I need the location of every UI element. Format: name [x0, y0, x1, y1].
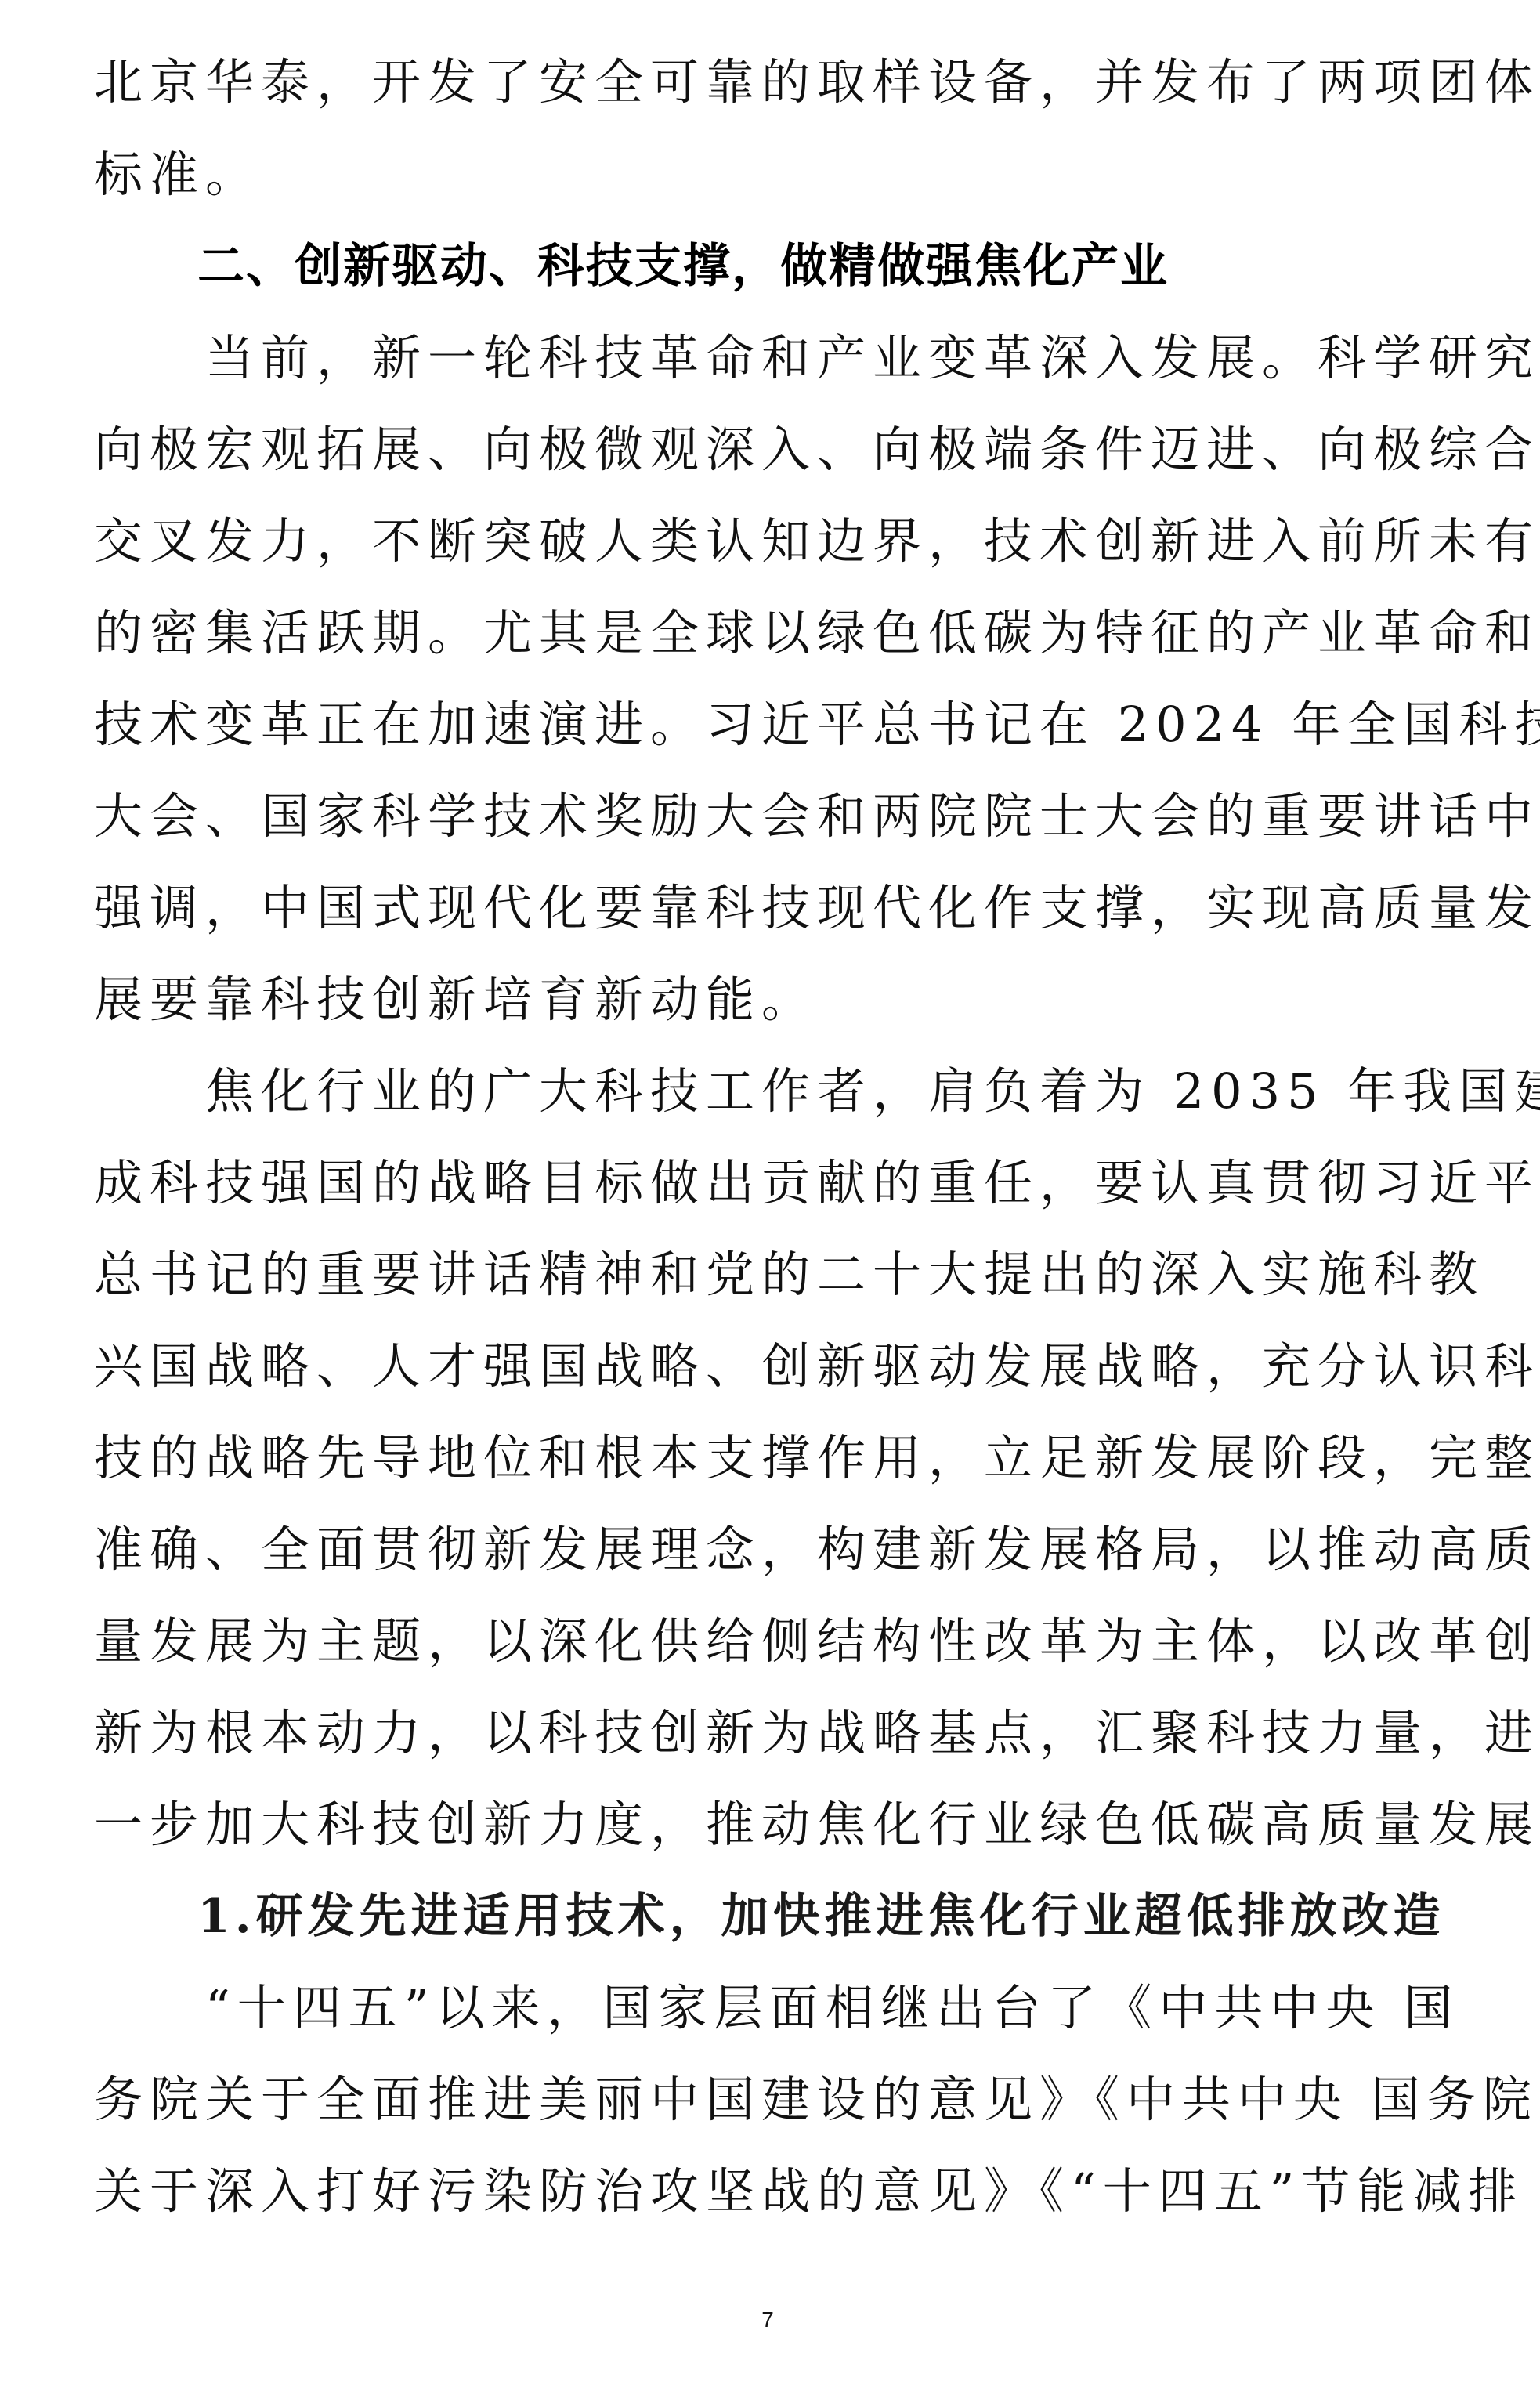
section-heading: 二、创新驱动、科技支撑，做精做强焦化产业 — [197, 235, 1169, 298]
body-line: 量发展为主题，以深化供给侧结构性改革为主体，以改革创 — [94, 1610, 1435, 1673]
body-line: 标准。 — [94, 143, 1435, 206]
body-line: 北京华泰，开发了安全可靠的取样设备，并发布了两项团体 — [94, 51, 1435, 114]
body-line: 当前，新一轮科技革命和产业变革深入发展。科学研究 — [205, 327, 1435, 389]
body-line: 兴国战略、人才强国战略、创新驱动发展战略，充分认识科 — [94, 1335, 1435, 1398]
page-number: 7 — [752, 2307, 783, 2332]
body-line: 务院关于全面推进美丽中国建设的意见》《中共中央 国务院 — [94, 2068, 1435, 2131]
body-line: 准确、全面贯彻新发展理念，构建新发展格局，以推动高质 — [94, 1518, 1435, 1581]
body-line: 向极宏观拓展、向极微观深入、向极端条件迈进、向极综合 — [94, 418, 1435, 481]
body-line: “十四五”以来，国家层面相继出台了《中共中央 国 — [205, 1977, 1435, 2039]
document-page: 北京华泰，开发了安全可靠的取样设备，并发布了两项团体 标准。 二、创新驱动、科技… — [0, 0, 1540, 2392]
body-line: 的密集活跃期。尤其是全球以绿色低碳为特征的产业革命和 — [94, 602, 1435, 664]
body-line: 焦化行业的广大科技工作者，肩负着为 2035 年我国建 — [205, 1060, 1435, 1123]
body-line: 展要靠科技创新培育新动能。 — [94, 968, 1435, 1031]
body-line: 技术变革正在加速演进。习近平总书记在 2024 年全国科技 — [94, 693, 1435, 756]
body-line: 一步加大科技创新力度，推动焦化行业绿色低碳高质量发展。 — [94, 1793, 1435, 1856]
body-line: 大会、国家科学技术奖励大会和两院院士大会的重要讲话中 — [94, 785, 1435, 848]
body-line: 成科技强国的战略目标做出贡献的重任，要认真贯彻习近平 — [94, 1152, 1435, 1214]
body-line: 关于深入打好污染防治攻坚战的意见》《“十四五”节能减排 — [94, 2160, 1435, 2223]
body-line: 强调，中国式现代化要靠科技现代化作支撑，实现高质量发 — [94, 877, 1435, 939]
sub-heading: 1.研发先进适用技术，加快推进焦化行业超低排放改造 — [197, 1885, 1435, 1948]
body-line: 技的战略先导地位和根本支撑作用，立足新发展阶段，完整、 — [94, 1427, 1435, 1489]
body-line: 总书记的重要讲话精神和党的二十大提出的深入实施科教 — [94, 1243, 1435, 1306]
body-line: 新为根本动力，以科技创新为战略基点，汇聚科技力量，进 — [94, 1702, 1435, 1764]
body-line: 交叉发力，不断突破人类认知边界，技术创新进入前所未有 — [94, 510, 1435, 573]
